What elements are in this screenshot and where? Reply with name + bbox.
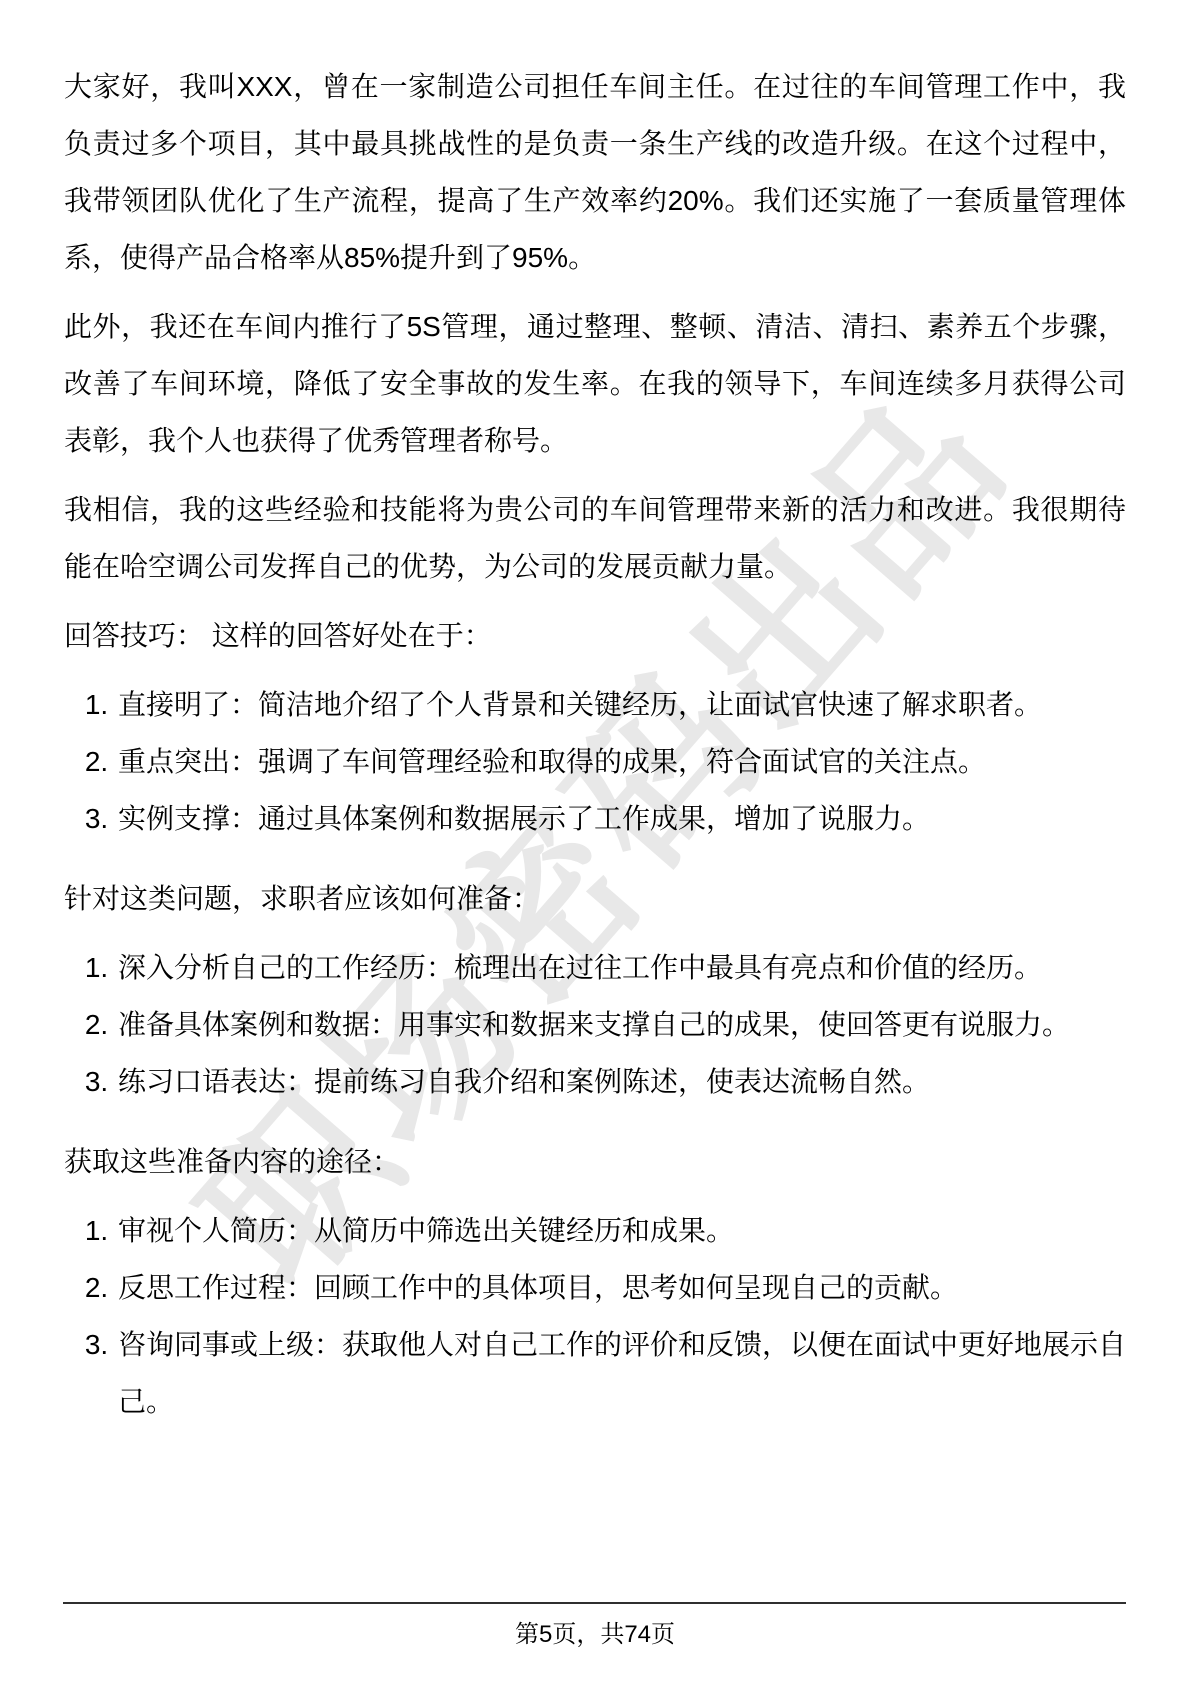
sources-heading: 获取这些准备内容的途径：	[64, 1133, 1126, 1190]
list-item: 重点突出：强调了车间管理经验和取得的成果，符合面试官的关注点。	[116, 733, 1126, 790]
answer-tips-heading: 回答技巧： 这样的回答好处在于：	[64, 607, 1126, 664]
list-item: 练习口语表达：提前练习自我介绍和案例陈述，使表达流畅自然。	[116, 1053, 1126, 1110]
list-item: 审视个人简历：从简历中筛选出关键经历和成果。	[116, 1202, 1126, 1259]
document-content: 大家好，我叫XXX，曾在一家制造公司担任车间主任。在过往的车间管理工作中，我负责…	[64, 0, 1126, 1453]
list-item: 咨询同事或上级：获取他人对自己工作的评价和反馈，以便在面试中更好地展示自己。	[116, 1316, 1126, 1430]
list-item: 深入分析自己的工作经历：梳理出在过往工作中最具有亮点和价值的经历。	[116, 939, 1126, 996]
list-item: 反思工作过程：回顾工作中的具体项目，思考如何呈现自己的贡献。	[116, 1259, 1126, 1316]
prepare-list: 深入分析自己的工作经历：梳理出在过往工作中最具有亮点和价值的经历。 准备具体案例…	[64, 939, 1126, 1110]
intro-paragraph-2: 此外，我还在车间内推行了5S管理，通过整理、整顿、清洁、清扫、素养五个步骤，改善…	[64, 298, 1126, 469]
page-number: 第5页，共74页	[0, 1615, 1190, 1655]
intro-paragraph-1: 大家好，我叫XXX，曾在一家制造公司担任车间主任。在过往的车间管理工作中，我负责…	[64, 58, 1126, 286]
document-page: 职场密码出品 大家好，我叫XXX，曾在一家制造公司担任车间主任。在过往的车间管理…	[0, 0, 1190, 1684]
list-item: 直接明了：简洁地介绍了个人背景和关键经历，让面试官快速了解求职者。	[116, 676, 1126, 733]
sources-list: 审视个人简历：从简历中筛选出关键经历和成果。 反思工作过程：回顾工作中的具体项目…	[64, 1202, 1126, 1430]
intro-paragraph-3: 我相信，我的这些经验和技能将为贵公司的车间管理带来新的活力和改进。我很期待能在哈…	[64, 481, 1126, 595]
list-item: 实例支撑：通过具体案例和数据展示了工作成果，增加了说服力。	[116, 790, 1126, 847]
prepare-heading: 针对这类问题，求职者应该如何准备：	[64, 870, 1126, 927]
footer-divider	[63, 1602, 1126, 1604]
list-item: 准备具体案例和数据：用事实和数据来支撑自己的成果，使回答更有说服力。	[116, 996, 1126, 1053]
answer-tips-list: 直接明了：简洁地介绍了个人背景和关键经历，让面试官快速了解求职者。 重点突出：强…	[64, 676, 1126, 847]
